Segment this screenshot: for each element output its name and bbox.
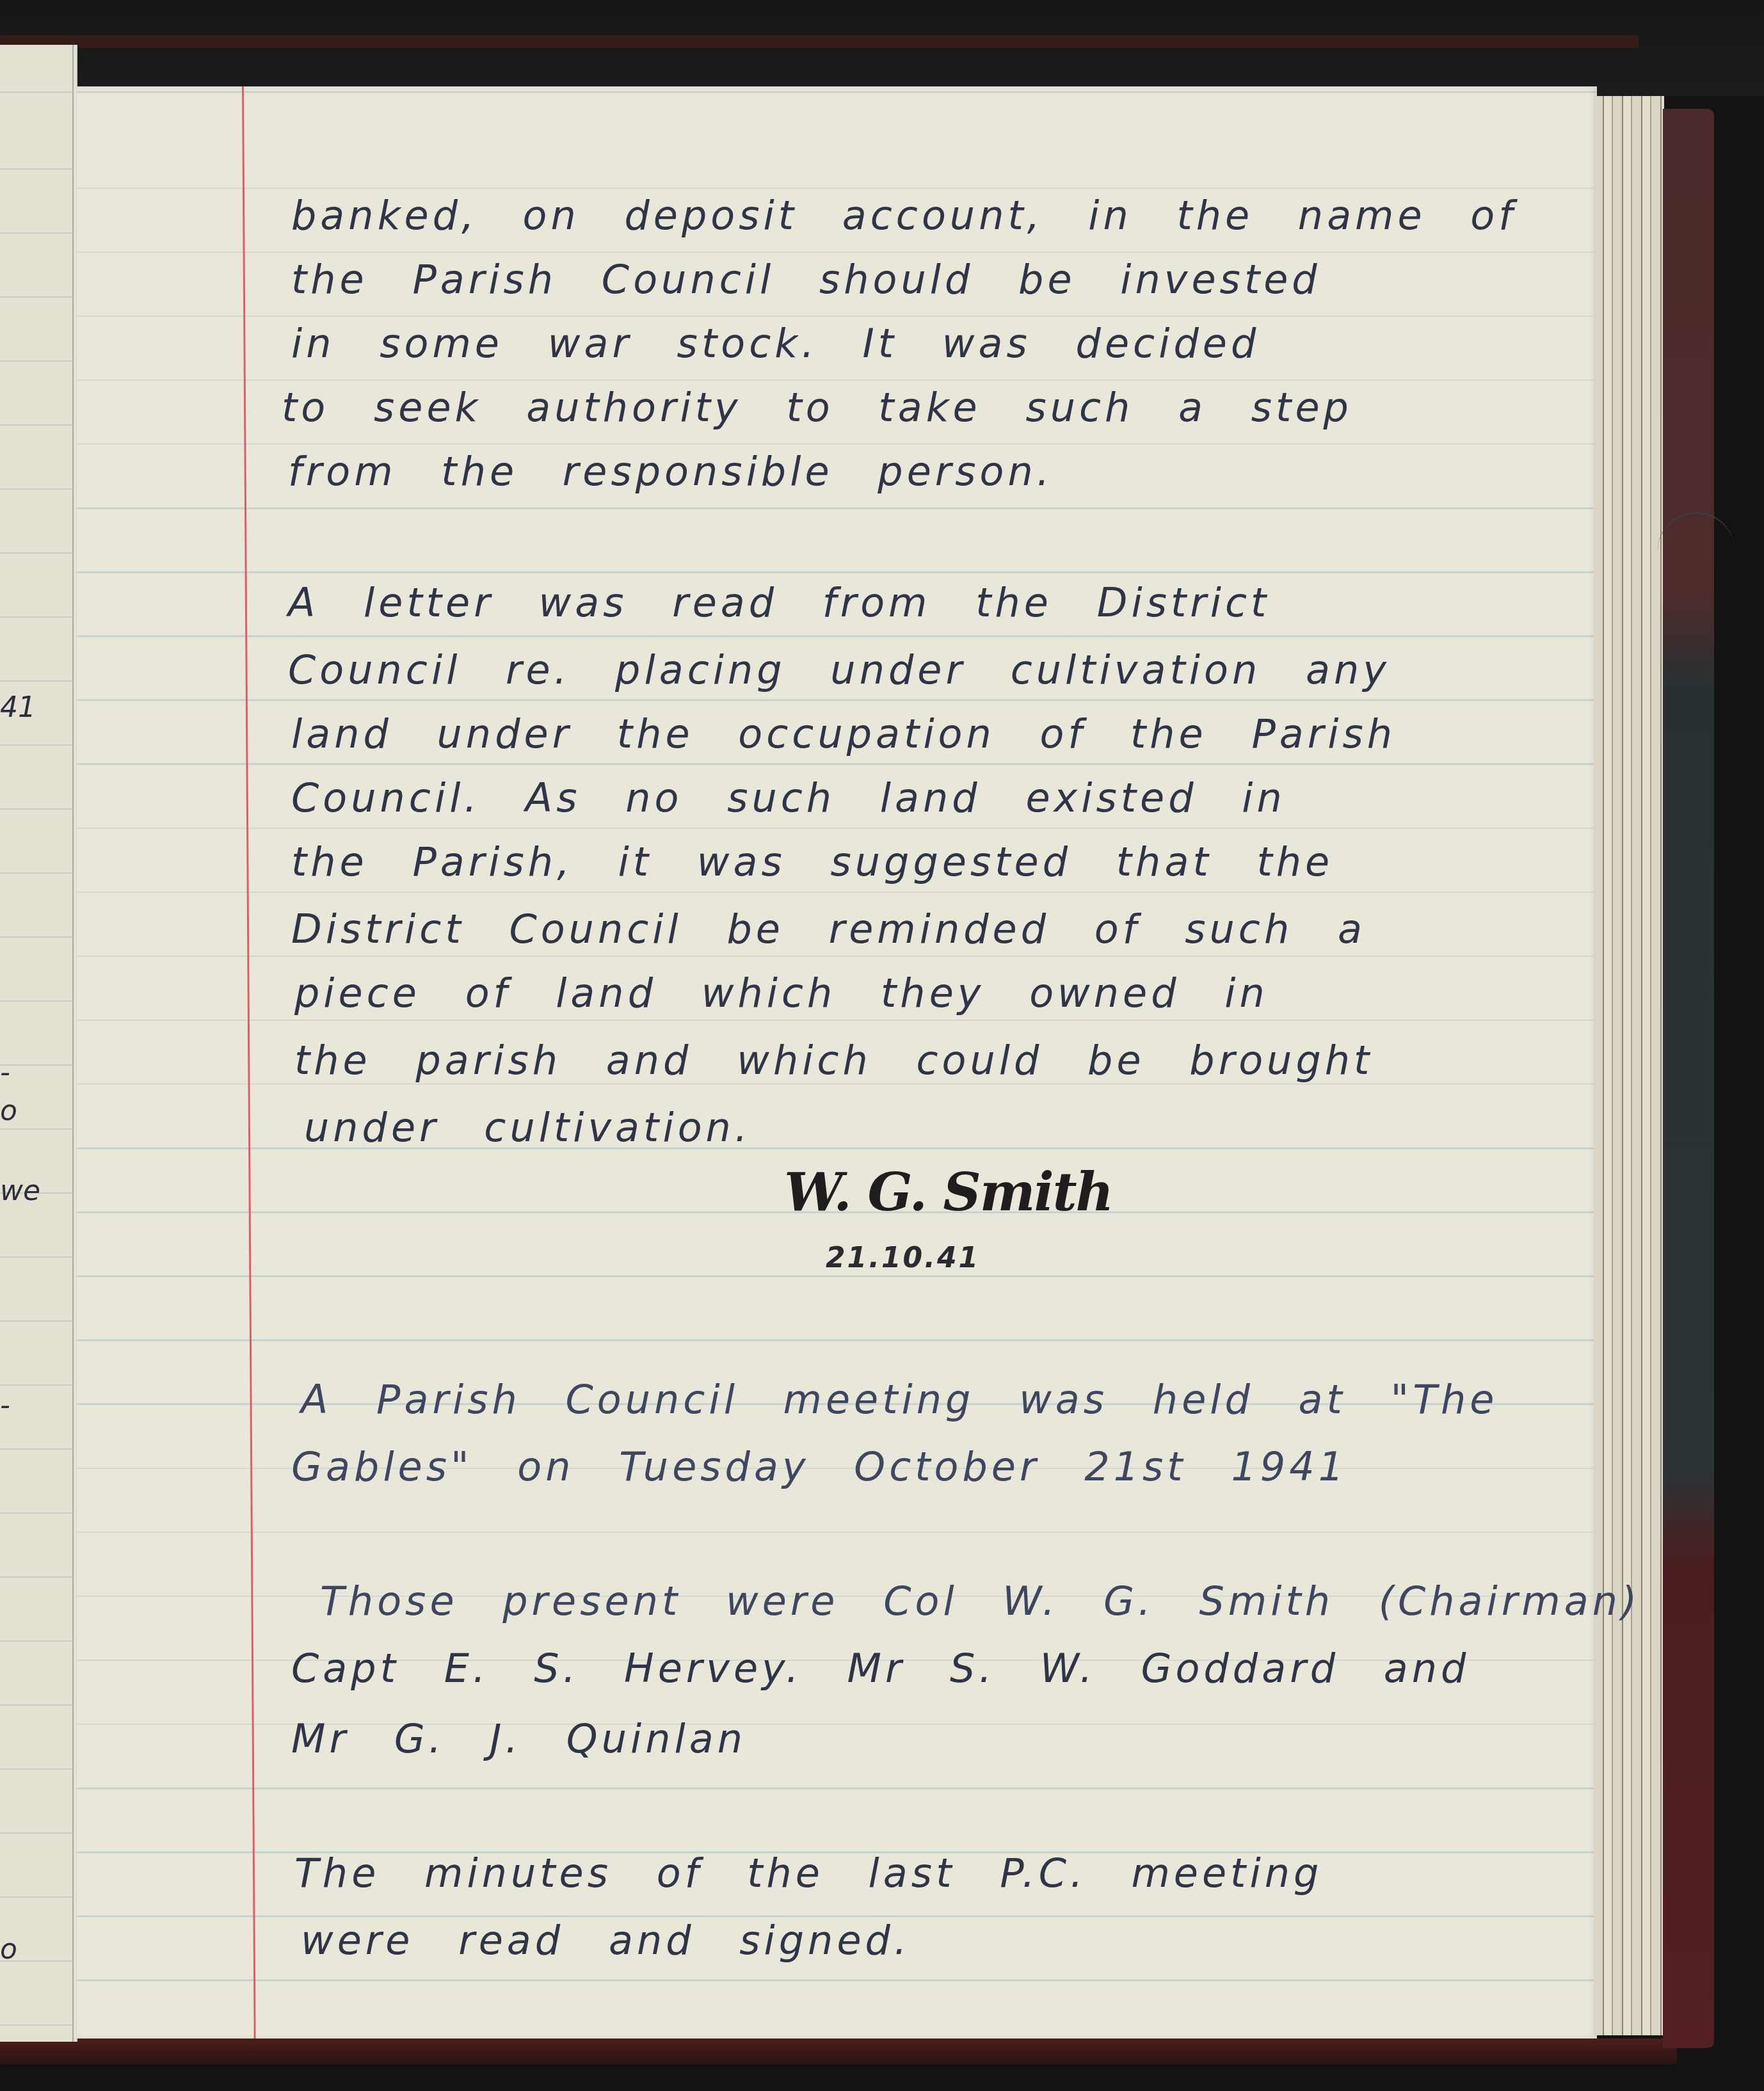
text-line: A Parish Council meeting was held at "Th…	[301, 1376, 1498, 1423]
text-line: Mr G. J. Quinlan	[291, 1715, 746, 1762]
left-page-fragment: o	[0, 1933, 17, 1966]
text-line: District Council be reminded of such a	[291, 906, 1366, 952]
text-line: the parish and which could be brought	[294, 1037, 1373, 1084]
text-line: banked, on deposit account, in the name …	[291, 192, 1516, 239]
chairman-signature: W. G. Smith	[784, 1162, 1112, 1223]
left-page-fragment: -	[0, 1056, 10, 1089]
page-edges-stack	[1594, 96, 1664, 2035]
dark-background	[0, 0, 1764, 96]
text-line: Those present were Col W. G. Smith (Chai…	[320, 1578, 1640, 1624]
text-line: the Parish, it was suggested that the	[291, 838, 1333, 885]
left-page-fragment: -	[0, 1389, 10, 1422]
text-line: the Parish Council should be invested	[291, 256, 1321, 303]
signature-date: 21.10.41	[826, 1242, 980, 1274]
left-page-fragment: o	[0, 1094, 17, 1127]
text-line: were read and signed.	[301, 1917, 911, 1964]
text-line: Capt E. S. Hervey. Mr S. W. Goddard and	[291, 1645, 1470, 1692]
text-line: in some war stock. It was decided	[291, 320, 1260, 367]
book-cover-edge-bottom	[0, 2039, 1677, 2064]
book-cover-edge-top	[0, 35, 1639, 48]
text-line: land under the occupation of the Parish	[291, 710, 1396, 757]
cloth-binding-thread	[1658, 512, 1735, 642]
text-line: The minutes of the last P.C. meeting	[294, 1850, 1322, 1896]
text-line: from the responsible person.	[288, 448, 1054, 495]
text-line: A letter was read from the District	[288, 579, 1270, 626]
text-line: to seek authority to take such a step	[282, 384, 1352, 431]
left-page: 41 - o we - o	[0, 45, 76, 2042]
left-page-fragment: we	[0, 1174, 40, 1207]
text-line: Gables" on Tuesday October 21st 1941	[291, 1443, 1347, 1490]
text-line: Council re. placing under cultivation an…	[288, 646, 1390, 693]
left-page-fragment: 41	[0, 691, 36, 724]
text-line: under cultivation.	[304, 1104, 751, 1151]
text-line: piece of land which they owned in	[294, 970, 1269, 1016]
book-cover-side	[1663, 109, 1714, 2048]
text-line: Council. As no such land existed in	[291, 774, 1286, 821]
